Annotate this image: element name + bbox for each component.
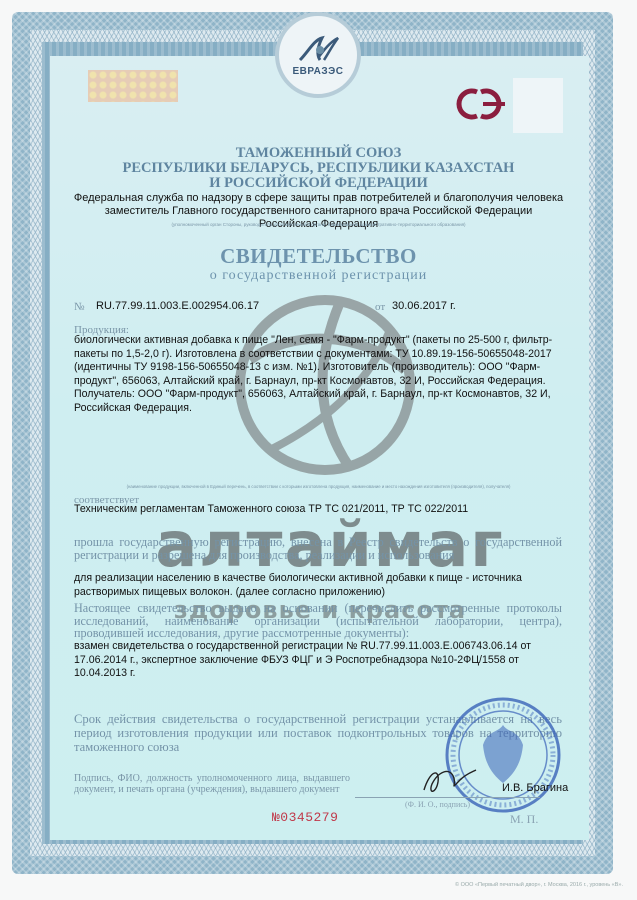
agency-line-1: Федеральная служба по надзору в сфере за… — [60, 192, 577, 205]
registration-number: RU.77.99.11.003.Е.002954.06.17 — [96, 300, 259, 312]
product-description: биологически активная добавка к пище "Ле… — [74, 334, 562, 415]
serial-number: №0345279 — [272, 810, 338, 825]
basis-text: Настоящее свидетельство выдано на основа… — [74, 602, 562, 640]
basis-documents: взамен свидетельства о государственной р… — [74, 640, 544, 681]
eurasec-emblem: ЕВРАЗЭС — [275, 12, 361, 98]
blank-patch — [513, 78, 563, 133]
se-sanitary-mark-icon — [451, 84, 511, 124]
document-subtitle: о государственной регистрации — [60, 268, 577, 284]
union-line-3: И РОССИЙСКОЙ ФЕДЕРАЦИИ — [60, 176, 577, 191]
emblem-label: ЕВРАЗЭС — [292, 66, 343, 77]
product-caption: (наименование продукции, включенной в Ед… — [62, 484, 575, 489]
document-title: СВИДЕТЕЛЬСТВО — [60, 244, 577, 269]
signature-icon — [420, 760, 480, 800]
agency-line-2: заместитель Главного государственного са… — [60, 205, 577, 218]
signature-line — [355, 797, 540, 798]
fio-caption: (Ф. И. О., подпись) — [405, 800, 470, 809]
union-line-1: ТАМОЖЕННЫЙ СОЮЗ — [60, 146, 577, 161]
registration-date: 30.06.2017 г. — [392, 300, 456, 312]
union-line-2: РЕСПУБЛИКИ БЕЛАРУСЬ, РЕСПУБЛИКИ КАЗАХСТА… — [60, 161, 577, 176]
registration-statement: прошла государственную регистрацию, внес… — [74, 536, 562, 561]
signer-name: И.В. Брагина — [502, 782, 568, 794]
signature-caption: Подпись, ФИО, должность уполномоченного … — [74, 773, 350, 795]
union-header: ТАМОЖЕННЫЙ СОЮЗ РЕСПУБЛИКИ БЕЛАРУСЬ, РЕС… — [60, 146, 577, 191]
eurasec-emblem-icon — [296, 34, 340, 64]
registration-date-label: от — [375, 301, 385, 313]
registration-number-label: № — [74, 301, 85, 313]
hologram-sticker — [88, 70, 178, 102]
agency-caption: (уполномоченный орган Стороны, руководит… — [100, 222, 537, 227]
usage-text: для реализации населению в качестве биол… — [74, 572, 544, 599]
printer-footer: © ООО «Первый печатный двор», г. Москва,… — [455, 882, 623, 888]
seal-label: М. П. — [510, 812, 538, 827]
